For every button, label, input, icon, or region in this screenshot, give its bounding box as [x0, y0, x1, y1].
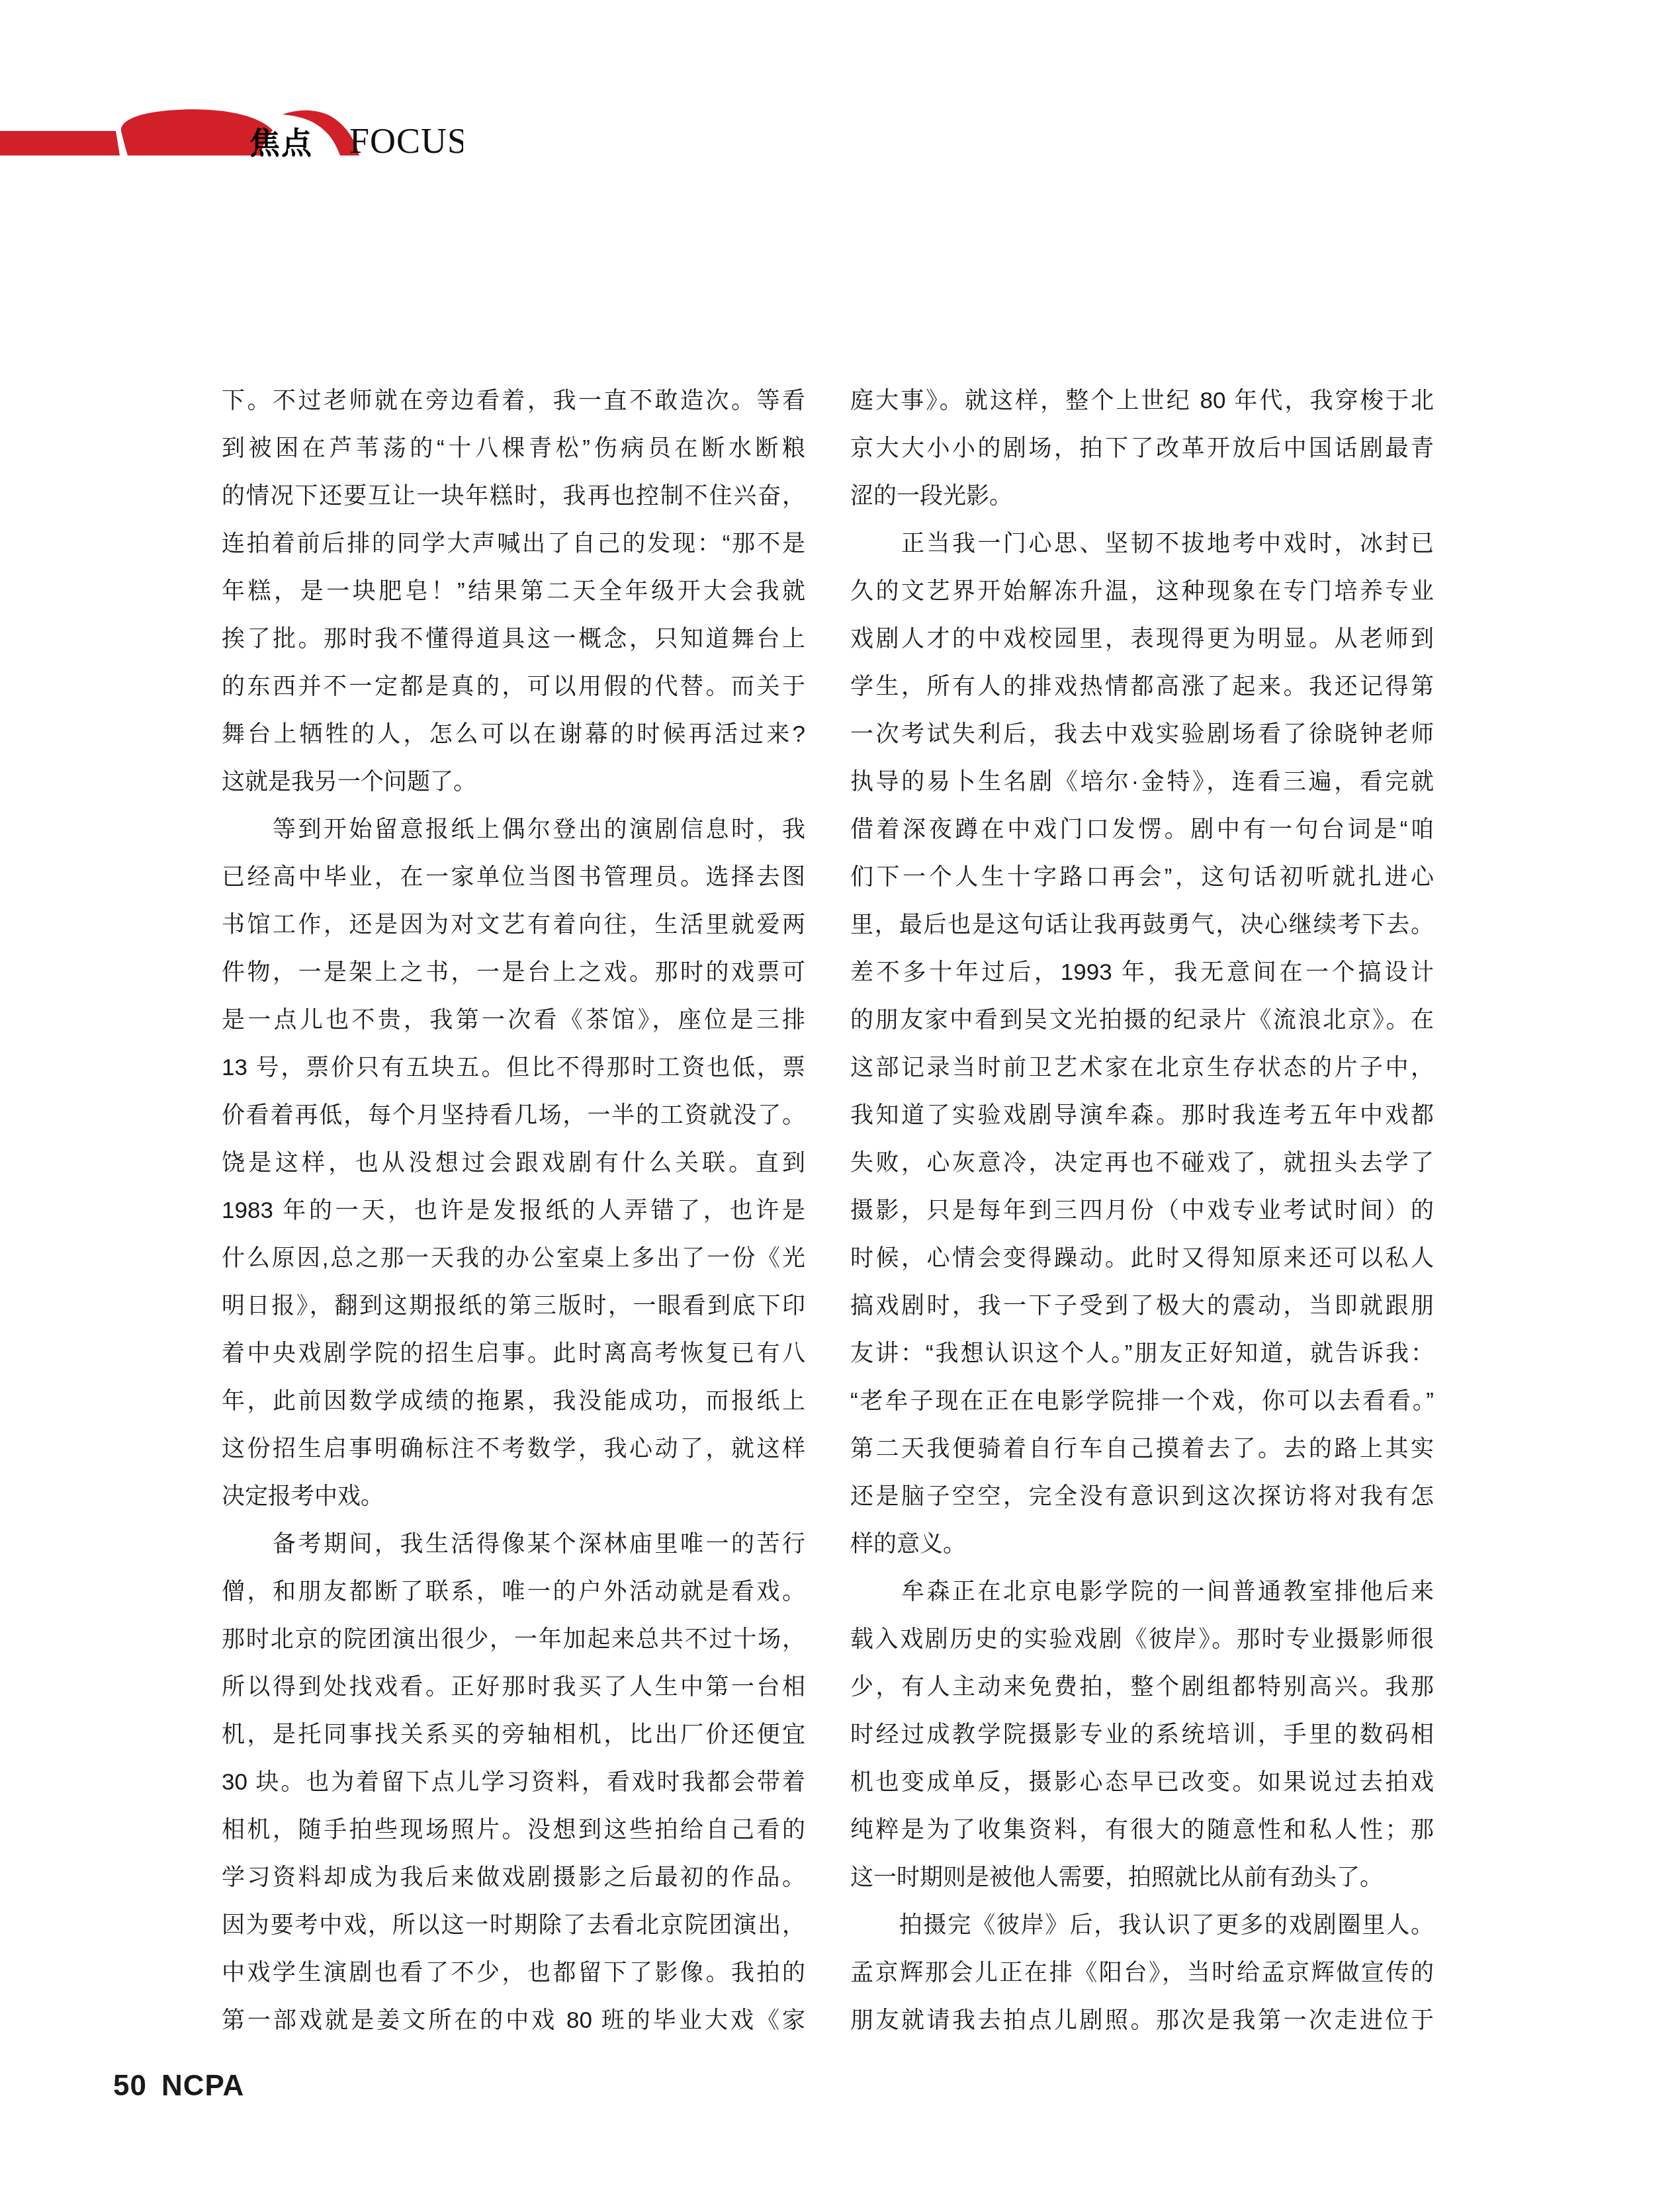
focus-section-logo: 焦点 FOCUS — [0, 106, 463, 185]
text-line: 正当我一门心思、坚韧不拔地考中戏时，冰封已 — [850, 520, 1434, 568]
text-line: “老牟子现在正在电影学院排一个戏，你可以去看看。” — [850, 1378, 1434, 1425]
text-line: 第一部戏就是姜文所在的中戏 80 班的毕业大戏《家 — [222, 1997, 805, 2044]
text-line: 孟京辉那会儿正在排《阳台》，当时给孟京辉做宣传的 — [850, 1949, 1434, 1997]
text-line: 年，此前因数学成绩的拖累，我没能成功，而报纸上 — [222, 1378, 805, 1425]
text-line: 决定报考中戏。 — [222, 1473, 805, 1520]
text-line: 们下一个人生十字路口再会”，这句话初听就扎进心 — [850, 853, 1434, 901]
text-line: 僧，和朋友都断了联系，唯一的户外活动就是看戏。 — [222, 1568, 805, 1616]
text-line: 这一时期则是被他人需要，拍照就比从前有劲头了。 — [850, 1854, 1434, 1902]
text-line: 朋友就请我去拍点儿剧照。那次是我第一次走进位于 — [850, 1997, 1434, 2044]
text-line: 着中央戏剧学院的招生启事。此时离高考恢复已有八 — [222, 1330, 805, 1378]
text-line: 机，是托同事找关系买的旁轴相机，比出厂价还便宜 — [222, 1711, 805, 1759]
text-line: 那时北京的院团演出很少，一年加起来总共不过十场， — [222, 1616, 805, 1663]
page-footer: 50 NCPA — [113, 2070, 244, 2103]
text-line: 价看着再低，每个月坚持看几场，一半的工资就没了。 — [222, 1092, 805, 1139]
text-line: 学生，所有人的排戏热情都高涨了起来。我还记得第 — [850, 663, 1434, 711]
section-title-en: FOCUS — [349, 121, 463, 161]
text-line: 搞戏剧时，我一下子受到了极大的震动，当即就跟朋 — [850, 1282, 1434, 1330]
text-line: 样的意义。 — [850, 1520, 1434, 1568]
text-line: 舞台上牺牲的人，怎么可以在谢幕的时候再活过来? — [222, 711, 805, 758]
text-line: 执导的易卜生名剧《培尔·金特》，连看三遍，看完就 — [850, 758, 1434, 806]
text-line: 年糕，是一块肥皂！”结果第二天全年级开大会我就 — [222, 568, 805, 615]
text-line: 的情况下还要互让一块年糕时，我再也控制不住兴奋， — [222, 472, 805, 520]
text-line: 友讲：“我想认识这个人。”朋友正好知道，就告诉我： — [850, 1330, 1434, 1378]
text-line: 书馆工作，还是因为对文艺有着向往，生活里就爱两 — [222, 901, 805, 949]
magazine-code: NCPA — [161, 2070, 244, 2103]
text-line: 下。不过老师就在旁边看着，我一直不敢造次。等看 — [222, 377, 805, 425]
text-line: 载入戏剧历史的实验戏剧《彼岸》。那时专业摄影师很 — [850, 1616, 1434, 1663]
text-line: 戏剧人才的中戏校园里，表现得更为明显。从老师到 — [850, 615, 1434, 663]
text-line: 学习资料却成为我后来做戏剧摄影之后最初的作品。 — [222, 1854, 805, 1902]
section-title-cn: 焦点 — [249, 126, 313, 160]
text-line: 什么原因,总之那一天我的办公室桌上多出了一份《光 — [222, 1235, 805, 1282]
text-line: 借着深夜蹲在中戏门口发愣。剧中有一句台词是“咱 — [850, 806, 1434, 853]
text-line: 所以得到处找戏看。正好那时我买了人生中第一台相 — [222, 1663, 805, 1711]
magazine-page: 焦点 FOCUS 下。不过老师就在旁边看着，我一直不敢造次。等看到被困在芦苇荡的… — [0, 0, 1680, 2188]
text-line: 摄影，只是每年到三四月份（中戏专业考试时间）的 — [850, 1187, 1434, 1235]
text-line: 时经过成教学院摄影专业的系统培训，手里的数码相 — [850, 1711, 1434, 1759]
text-line: 机也变成单反，摄影心态早已改变。如果说过去拍戏 — [850, 1759, 1434, 1806]
text-line: 的朋友家中看到吴文光拍摄的纪录片《流浪北京》。在 — [850, 996, 1434, 1044]
text-line: 里，最后也是这句话让我再鼓勇气，决心继续考下去。 — [850, 901, 1434, 949]
text-line: 京大大小小的剧场，拍下了改革开放后中国话剧最青 — [850, 425, 1434, 472]
text-line: 我知道了实验戏剧导演牟森。那时我连考五年中戏都 — [850, 1092, 1434, 1139]
text-line: 时候，心情会变得躁动。此时又得知原来还可以私人 — [850, 1235, 1434, 1282]
text-line: 这就是我另一个问题了。 — [222, 758, 805, 806]
text-line: 备考期间，我生活得像某个深林庙里唯一的苦行 — [222, 1520, 805, 1568]
text-line: 件物，一是架上之书，一是台上之戏。那时的戏票可 — [222, 949, 805, 996]
text-line: 纯粹是为了收集资料，有很大的随意性和私人性；那 — [850, 1806, 1434, 1854]
text-line: 已经高中毕业，在一家单位当图书管理员。选择去图 — [222, 853, 805, 901]
text-line: 这部记录当时前卫艺术家在北京生存状态的片子中， — [850, 1044, 1434, 1092]
text-line: 连拍着前后排的同学大声喊出了自己的发现：“那不是 — [222, 520, 805, 568]
text-line: 这份招生启事明确标注不考数学，我心动了，就这样 — [222, 1425, 805, 1473]
text-line: 涩的一段光影。 — [850, 472, 1434, 520]
text-line: 庭大事》。就这样，整个上世纪 80 年代，我穿梭于北 — [850, 377, 1434, 425]
text-line: 牟森正在北京电影学院的一间普通教室排他后来 — [850, 1568, 1434, 1616]
text-line: 还是脑子空空，完全没有意识到这次探访将对我有怎 — [850, 1473, 1434, 1520]
text-line: 一次考试失利后，我去中戏实验剧场看了徐晓钟老师 — [850, 711, 1434, 758]
logo-red-bar — [0, 131, 120, 155]
text-line: 是一点儿也不贵，我第一次看《茶馆》，座位是三排 — [222, 996, 805, 1044]
text-line: 第二天我便骑着自行车自己摸着去了。去的路上其实 — [850, 1425, 1434, 1473]
text-line: 挨了批。那时我不懂得道具这一概念，只知道舞台上 — [222, 615, 805, 663]
text-line: 失败，心灰意冷，决定再也不碰戏了，就扭头去学了 — [850, 1139, 1434, 1187]
text-line: 拍摄完《彼岸》后，我认识了更多的戏剧圈里人。 — [850, 1902, 1434, 1949]
text-line: 等到开始留意报纸上偶尔登出的演剧信息时，我 — [222, 806, 805, 853]
text-line: 饶是这样，也从没想过会跟戏剧有什么关联。直到 — [222, 1139, 805, 1187]
text-line: 的东西并不一定都是真的，可以用假的代替。而关于 — [222, 663, 805, 711]
text-line: 1983 年的一天，也许是发报纸的人弄错了，也许是 — [222, 1187, 805, 1235]
article-column-left: 下。不过老师就在旁边看着，我一直不敢造次。等看到被困在芦苇荡的“十八棵青松”伤病… — [222, 377, 805, 2044]
text-line: 明日报》，翻到这期报纸的第三版时，一眼看到底下印 — [222, 1282, 805, 1330]
text-line: 少，有人主动来免费拍，整个剧组都特别高兴。我那 — [850, 1663, 1434, 1711]
text-line: 中戏学生演剧也看了不少，也都留下了影像。我拍的 — [222, 1949, 805, 1997]
text-line: 到被困在芦苇荡的“十八棵青松”伤病员在断水断粮 — [222, 425, 805, 472]
text-line: 13 号，票价只有五块五。但比不得那时工资也低，票 — [222, 1044, 805, 1092]
text-line: 因为要考中戏，所以这一时期除了去看北京院团演出， — [222, 1902, 805, 1949]
text-line: 久的文艺界开始解冻升温，这种现象在专门培养专业 — [850, 568, 1434, 615]
article-column-right: 庭大事》。就这样，整个上世纪 80 年代，我穿梭于北京大大小小的剧场，拍下了改革… — [850, 377, 1434, 2044]
text-line: 30 块。也为着留下点儿学习资料，看戏时我都会带着 — [222, 1759, 805, 1806]
text-line: 相机，随手拍些现场照片。没想到这些拍给自己看的 — [222, 1806, 805, 1854]
text-line: 差不多十年过后，1993 年，我无意间在一个搞设计 — [850, 949, 1434, 996]
page-number: 50 — [113, 2070, 147, 2103]
